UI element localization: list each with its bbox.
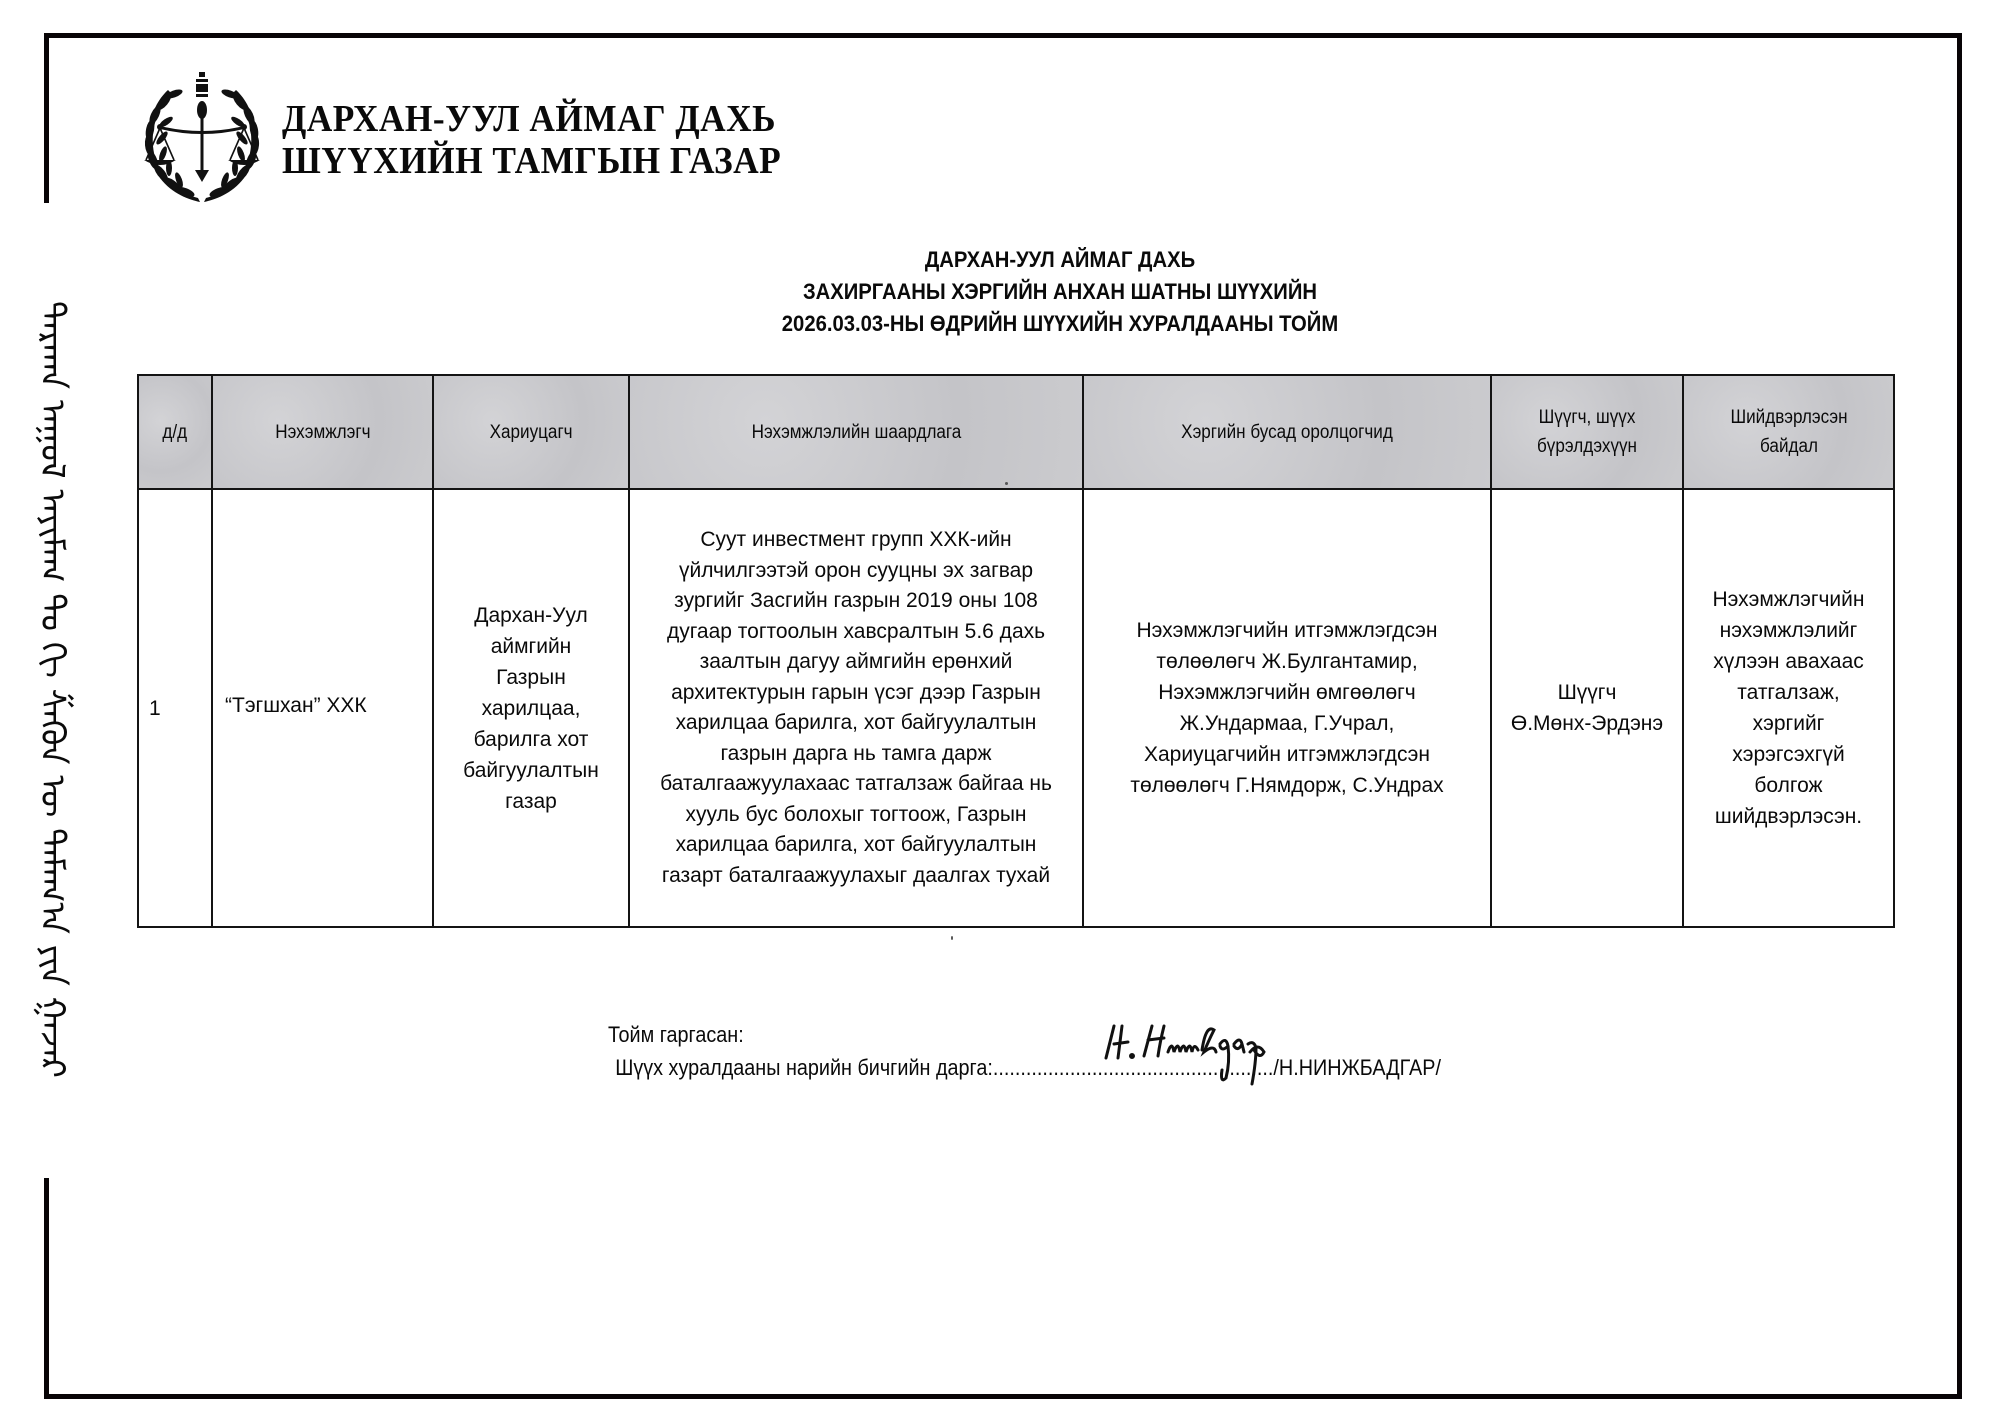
- header-claim: Нэхэмжлэлийн шаардлага: [629, 375, 1083, 489]
- header-other-participants: Хэргийн бусад оролцогчид: [1083, 375, 1491, 489]
- cell-text-line: хууль бус болохыг тогтоож, Газрын: [632, 800, 1080, 831]
- cell-number: 1: [138, 489, 212, 927]
- handwritten-signature-icon: [1098, 1022, 1308, 1092]
- cell-text-line: Ө.Мөнх-Эрдэнэ: [1496, 708, 1678, 739]
- cell-text-line: хэрэгсэхгүй: [1688, 739, 1889, 770]
- organization-name-line2: ШҮҮХИЙН ТАМГЫН ГАЗАР: [282, 140, 781, 182]
- page-frame-right: [1957, 33, 1962, 1399]
- header-respondent: Хариуцагч: [433, 375, 629, 489]
- document-title-line2: ЗАХИРГААНЫ ХЭРГИЙН АНХАН ШАТНЫ ШҮҮХИЙН: [600, 276, 1520, 308]
- court-emblem-icon: [138, 70, 266, 204]
- page-frame-bottom: [44, 1394, 1962, 1399]
- footer-block: Тойм гаргасан: Шүүх хуралдааны нарийн би…: [608, 1018, 1534, 1084]
- page-frame-left-upper: [44, 33, 49, 203]
- cell-text-line: татгалзаж,: [1688, 677, 1889, 708]
- cell-text-line: аймгийн: [438, 631, 624, 662]
- organization-name: ДАРХАН-УУЛ АЙМАГ ДАХЬ ШҮҮХИЙН ТАМГЫН ГАЗ…: [282, 98, 781, 182]
- cell-text-line: Ж.Ундармаа, Г.Учрал,: [1088, 708, 1486, 739]
- cell-text-line: харилцаа барилга, хот байгуулалтын: [632, 830, 1080, 861]
- table-header-row: д/д Нэхэмжлэгч Хариуцагч Нэхэмжлэлийн ша…: [138, 375, 1894, 489]
- cell-text-line: Нэхэмжлэгчийн: [1688, 584, 1889, 615]
- cell-text-line: төлөөлөгч Ж.Булгантамир,: [1088, 646, 1486, 677]
- cell-respondent: Дархан-УулаймгийнГазрынхарилцаа,барилга …: [433, 489, 629, 927]
- mongolian-script-text: ᠳᠠᠷᠬᠠᠨ ᠠᠭᠤᠯ ᠠᠶᠢᠮᠠᠭ ᠲᠤ ᠬᠢ ᠱᠡᠭᠦᠨ ᠦ ᠲᠠᠮᠠᠭ᠎ᠠ…: [22, 301, 82, 1078]
- cell-claimant: “Тэгшхан” ХХК: [212, 489, 433, 927]
- cell-text-line: Дархан-Уул: [438, 600, 624, 631]
- page-frame-left-lower: [44, 1178, 49, 1399]
- cell-text-line: харилцаа барилга, хот байгуулалтын: [632, 708, 1080, 739]
- scan-speck: [1005, 482, 1008, 485]
- prepared-by-label: Тойм гаргасан:: [608, 1018, 1441, 1051]
- header-claimant: Нэхэмжлэгч: [212, 375, 433, 489]
- cell-text-line: болгож: [1688, 770, 1889, 801]
- cell-text-line: архитектурын гарын үсэг дээр Газрын: [632, 678, 1080, 709]
- cell-text-line: зургийг Засгийн газрын 2019 оны 108: [632, 586, 1080, 617]
- cell-other-participants: Нэхэмжлэгчийн итгэмжлэгдсэнтөлөөлөгч Ж.Б…: [1083, 489, 1491, 927]
- cell-claim: Суут инвестмент групп ХХК-ийнүйлчилгээтэ…: [629, 489, 1083, 927]
- cell-text-line: байгуулалтын: [438, 755, 624, 786]
- cell-text-line: Хариуцагчийн итгэмжлэгдсэн: [1088, 739, 1486, 770]
- page-frame-top: [44, 33, 1962, 38]
- cell-text-line: газар: [438, 786, 624, 817]
- cell-text-line: дугаар тогтоолын хавсралтын 5.6 дахь: [632, 617, 1080, 648]
- organization-name-line1: ДАРХАН-УУЛ АЙМАГ ДАХЬ: [282, 98, 781, 140]
- cell-text-line: Газрын: [438, 662, 624, 693]
- cell-text-line: газарт баталгаажуулахыг даалгах тухай: [632, 861, 1080, 892]
- cell-judge: ШүүгчӨ.Мөнх-Эрдэнэ: [1491, 489, 1683, 927]
- cell-text-line: хэргийг: [1688, 708, 1889, 739]
- document-title-line3: 2026.03.03-НЫ ӨДРИЙН ШҮҮХИЙН ХУРАЛДААНЫ …: [600, 308, 1520, 340]
- cell-text-line: Нэхэмжлэгчийн итгэмжлэгдсэн: [1088, 615, 1486, 646]
- cell-text-line: шийдвэрлэсэн.: [1688, 801, 1889, 832]
- header-number: д/д: [138, 375, 212, 489]
- cell-text-line: Нэхэмжлэгчийн өмгөөлөгч: [1088, 677, 1486, 708]
- cell-text-line: Шүүгч: [1496, 677, 1678, 708]
- cell-text-line: хүлээн авахаас: [1688, 646, 1889, 677]
- document-title: ДАРХАН-УУЛ АЙМАГ ДАХЬ ЗАХИРГААНЫ ХЭРГИЙН…: [600, 244, 1520, 340]
- cell-text-line: баталгаажуулахаас татгалзаж байгаа нь: [632, 769, 1080, 800]
- cell-text-line: заалтын дагуу аймгийн ерөнхий: [632, 647, 1080, 678]
- cell-text-line: төлөөлөгч Г.Нямдорж, С.Ундрах: [1088, 770, 1486, 801]
- secretary-line: Шүүх хуралдааны нарийн бичгийн дарга:...…: [608, 1051, 1441, 1084]
- header-judge: Шүүгч, шүүх бүрэлдэхүүн: [1491, 375, 1683, 489]
- vertical-mongolian-script: ᠳᠠᠷᠬᠠᠨ ᠠᠭᠤᠯ ᠠᠶᠢᠮᠠᠭ ᠲᠤ ᠬᠢ ᠱᠡᠭᠦᠨ ᠦ ᠲᠠᠮᠠᠭ᠎ᠠ…: [22, 205, 82, 1173]
- table-row: 1 “Тэгшхан” ХХК Дархан-УулаймгийнГазрынх…: [138, 489, 1894, 927]
- cell-text-line: барилга хот: [438, 724, 624, 755]
- cell-text-line: харилцаа,: [438, 693, 624, 724]
- scan-speck: [951, 936, 953, 940]
- header-decision: Шийдвэрлэсэн байдал: [1683, 375, 1894, 489]
- document-title-line1: ДАРХАН-УУЛ АЙМАГ ДАХЬ: [600, 244, 1520, 276]
- cell-text-line: үйлчилгээтэй орон сууцны эх загвар: [632, 556, 1080, 587]
- hearing-summary-table: д/д Нэхэмжлэгч Хариуцагч Нэхэмжлэлийн ша…: [137, 374, 1895, 928]
- secretary-role-label: Шүүх хуралдааны нарийн бичгийн дарга:: [615, 1051, 993, 1084]
- cell-text-line: Суут инвестмент групп ХХК-ийн: [632, 525, 1080, 556]
- cell-text-line: нэхэмжлэлийг: [1688, 615, 1889, 646]
- cell-text-line: газрын дарга нь тамга дарж: [632, 739, 1080, 770]
- cell-decision: Нэхэмжлэгчийннэхэмжлэлийгхүлээн авахааст…: [1683, 489, 1894, 927]
